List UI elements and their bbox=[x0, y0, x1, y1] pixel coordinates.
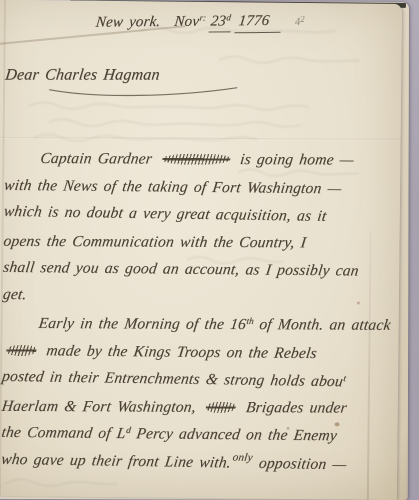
manuscript-text: Percy advanced on the Enemy bbox=[129, 425, 338, 444]
salutation-flourish bbox=[47, 86, 242, 100]
manuscript-line: Early in the Morning of the 16th of Mont… bbox=[3, 315, 371, 344]
inserted-word: only bbox=[232, 451, 254, 463]
crossed-out-scribble bbox=[161, 154, 230, 165]
manuscript-text: Early in the Morning of the 16 bbox=[38, 315, 248, 333]
letter-body: Captain Gardner is going home —with the … bbox=[1, 149, 372, 483]
manuscript-page: New york. Novr:23d1776 42 Dear Charles H… bbox=[0, 0, 402, 500]
manuscript-line: Captain Gardner is going home — bbox=[4, 150, 372, 179]
manuscript-line: which is no doubt a very great acquisiti… bbox=[4, 203, 372, 236]
dateline-day-superscript: d bbox=[226, 12, 232, 22]
manuscript-text: get. bbox=[2, 285, 28, 302]
manuscript-line: Haerlam & Fort Washington, Brigades unde… bbox=[2, 397, 370, 426]
manuscript-line: posted in their Entrenchments & strong h… bbox=[2, 368, 370, 401]
crossed-out-scribble bbox=[205, 401, 236, 412]
salutation: Dear Charles Hagman bbox=[5, 67, 159, 85]
manuscript-text: who gave up their front Line with. bbox=[0, 450, 232, 471]
manuscript-line: get. bbox=[3, 285, 371, 318]
dateline-month: Nov bbox=[173, 14, 200, 30]
pencil-page-number: 42 bbox=[295, 14, 306, 28]
manuscript-text: Captain Gardner bbox=[39, 150, 159, 168]
dateline-month-superscript: r: bbox=[199, 13, 207, 23]
manuscript-text: opens the Communication with the Country… bbox=[2, 232, 307, 251]
dateline-year: 1776 bbox=[234, 13, 282, 34]
manuscript-text: with the News of the taking of Fort Wash… bbox=[3, 176, 343, 197]
manuscript-line: who gave up their front Line with.only o… bbox=[1, 450, 369, 483]
superscript: t bbox=[343, 374, 347, 384]
manuscript-text: Brigades under bbox=[239, 399, 348, 417]
dateline-place: New york. bbox=[95, 14, 161, 31]
dateline-day: 23 bbox=[210, 13, 227, 29]
dateline: New york. Novr:23d1776 bbox=[96, 12, 282, 32]
crossed-out-scribble bbox=[6, 344, 37, 355]
manuscript-line: shall send you as good an account, as I … bbox=[3, 259, 371, 290]
letter-photograph: { "photo": { "backdrop_color": "#a8a2af"… bbox=[0, 0, 419, 500]
manuscript-text: Haerlam & Fort Washington, bbox=[1, 397, 203, 415]
manuscript-text: made by the Kings Troops on the Rebels bbox=[39, 342, 318, 362]
manuscript-text: shall send you as good an account, as I … bbox=[2, 259, 360, 280]
manuscript-line: the Command of Ld Percy advanced on the … bbox=[1, 424, 369, 455]
manuscript-text: opposition — bbox=[252, 454, 348, 472]
horizontal-fold-crease bbox=[0, 137, 401, 141]
manuscript-text: the Command of L bbox=[0, 424, 126, 442]
manuscript-text: is going home — bbox=[233, 151, 355, 169]
manuscript-text: of Month. an attack bbox=[252, 316, 391, 334]
manuscript-line: opens the Communication with the Country… bbox=[3, 232, 371, 261]
